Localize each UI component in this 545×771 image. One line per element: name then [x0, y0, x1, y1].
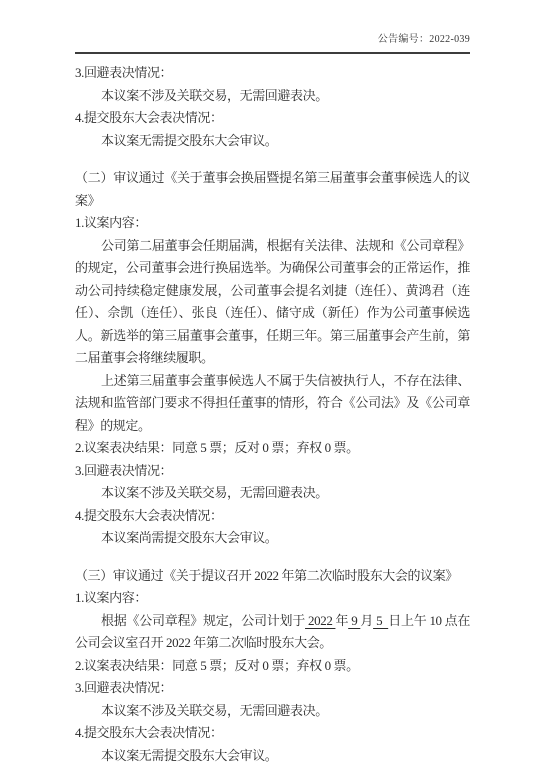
- section-2-title: （二）审议通过《关于董事会换届暨提名第三届董事会董事候选人的议案》: [75, 167, 470, 212]
- meeting-date-day: 5: [373, 613, 388, 628]
- s1-item3-label: 3.回避表决情况：: [75, 62, 470, 85]
- document-page: 公告编号：2022-039 3.回避表决情况： 本议案不涉及关联交易，无需回避表…: [0, 0, 545, 771]
- s3-paragraph-meeting-date: 根据《公司章程》规定，公司计划于 2022 年 9 月 5 日上午 10 点在公…: [75, 610, 470, 655]
- page-header: 公告编号：2022-039: [0, 0, 545, 46]
- document-body: 3.回避表决情况： 本议案不涉及关联交易，无需回避表决。 4.提交股东大会表决情…: [75, 62, 470, 767]
- s2-paragraph-2: 上述第三届董事会董事候选人不属于失信被执行人，不存在法律、法规和监管部门要求不得…: [75, 370, 470, 438]
- s1-item4-label: 4.提交股东大会表决情况：: [75, 107, 470, 130]
- meeting-date-year: 2022: [305, 613, 335, 628]
- s3-item2-text: 2.议案表决结果：同意 5 票；反对 0 票；弃权 0 票。: [75, 655, 470, 678]
- s2-item4-text: 本议案尚需提交股东大会审议。: [75, 527, 470, 550]
- section-3-title: （三）审议通过《关于提议召开 2022 年第二次临时股东大会的议案》: [75, 565, 470, 588]
- meeting-date-month: 9: [348, 613, 360, 628]
- s1-item3-text: 本议案不涉及关联交易，无需回避表决。: [75, 85, 470, 108]
- s2-item3-label: 3.回避表决情况：: [75, 460, 470, 483]
- s2-paragraph-1: 公司第二届董事会任期届满，根据有关法律、法规和《公司章程》的规定，公司董事会进行…: [75, 235, 470, 370]
- meeting-date-month-unit: 月: [360, 613, 373, 628]
- s3-item3-label: 3.回避表决情况：: [75, 677, 470, 700]
- meeting-date-year-unit: 年: [335, 613, 348, 628]
- s3-item3-text: 本议案不涉及关联交易，无需回避表决。: [75, 700, 470, 723]
- s2-item4-label: 4.提交股东大会表决情况：: [75, 505, 470, 528]
- s2-item2-text: 2.议案表决结果：同意 5 票；反对 0 票；弃权 0 票。: [75, 437, 470, 460]
- s2-item1-label: 1.议案内容：: [75, 212, 470, 235]
- s2-item3-text: 本议案不涉及关联交易，无需回避表决。: [75, 482, 470, 505]
- header-rule: [75, 52, 470, 54]
- meeting-date-prefix: 根据《公司章程》规定，公司计划于: [101, 613, 305, 628]
- s1-item4-text: 本议案无需提交股东大会审议。: [75, 130, 470, 153]
- s3-item4-label: 4.提交股东大会表决情况：: [75, 722, 470, 745]
- announcement-number: 公告编号：2022-039: [378, 34, 470, 45]
- s3-item4-text: 本议案无需提交股东大会审议。: [75, 745, 470, 768]
- s3-item1-label: 1.议案内容：: [75, 587, 470, 610]
